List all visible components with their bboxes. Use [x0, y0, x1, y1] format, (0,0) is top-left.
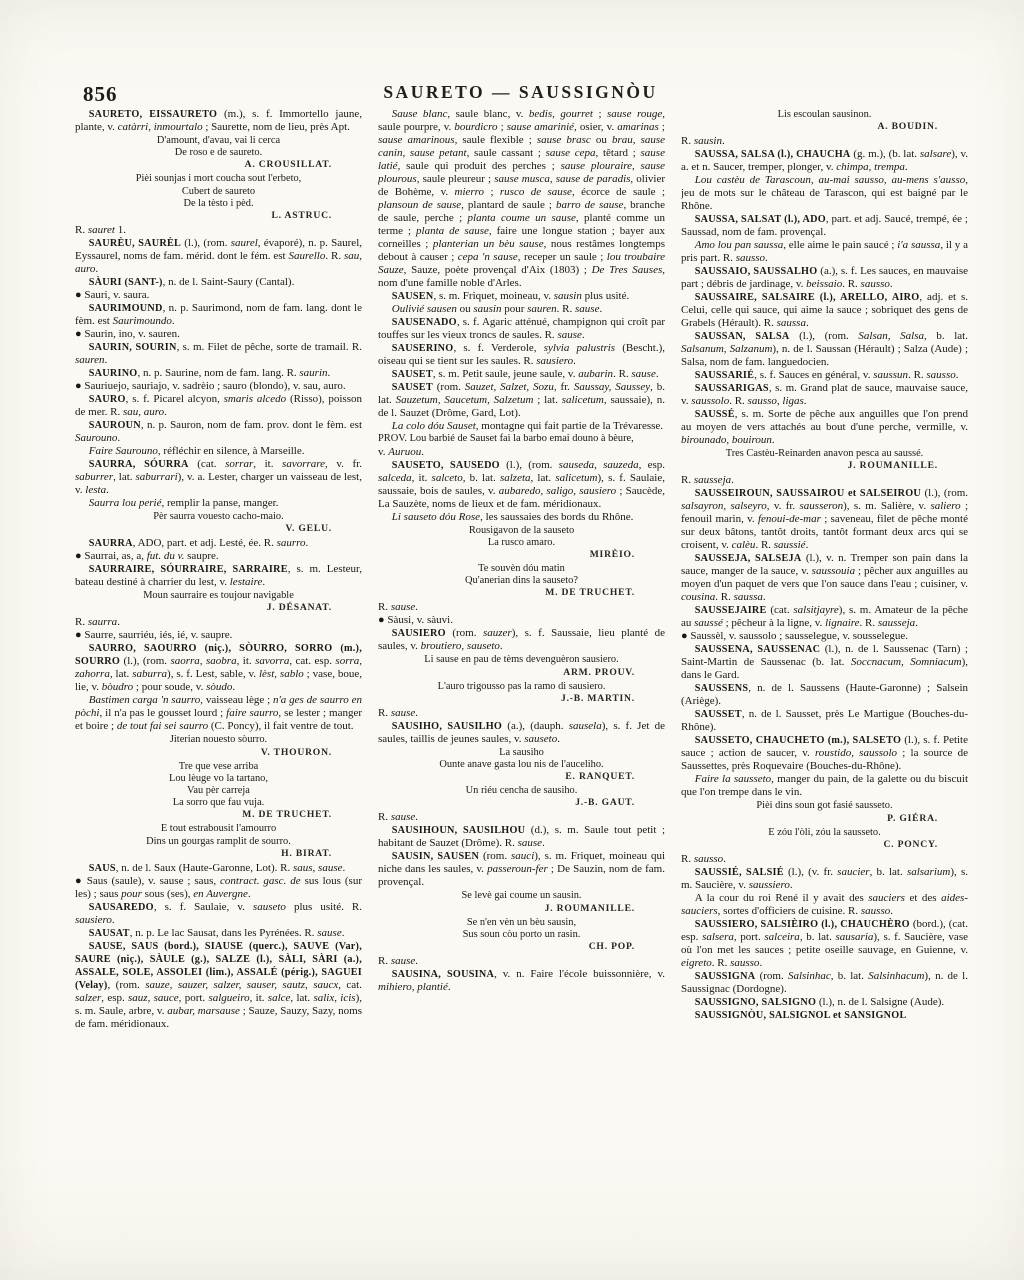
paragraph-text: R. sause. — [378, 707, 418, 719]
paragraph-text: Faire Saurouno, réfléchir en silence, à … — [89, 445, 305, 457]
verse-line: Pièi dins soun got fasié sausseto. — [681, 800, 968, 812]
entry-paragraph: SAUSSAIRE, SALSAIRE (l.), ARELLO, AIRO, … — [681, 291, 968, 330]
headword: SAUSSIGNA — [695, 971, 756, 982]
citation-author: J. ROUMANILLE. — [681, 460, 968, 472]
paragraph: La colo dóu Sauset, montagne qui fait pa… — [378, 420, 665, 433]
verse-line: Vau pèr carreja — [75, 785, 362, 797]
verse-quotation: E zóu l'òli, zóu la sausseto. — [681, 827, 968, 839]
entry-paragraph: SAUSIHO, SAUSILHO (a.), (dauph. sausela)… — [378, 720, 665, 746]
verse-quotation: Un riéu cencha de sausiho. — [378, 785, 665, 797]
paragraph-text: R. sause. — [378, 601, 418, 613]
entry-paragraph: SAUSSENA, SAUSSENAC (l.), n. de l. Sauss… — [681, 643, 968, 682]
citation-author: A. CROUSILLAT. — [75, 159, 362, 171]
citation-author: P. GIÉRA. — [681, 813, 968, 825]
paragraph-text: , (rom. sauze, sauzer, salzer, sauser, s… — [75, 979, 362, 1030]
paragraph-text: Amo lou pan saussa, elle aime le pain sa… — [681, 239, 968, 264]
paragraph: A la cour du roi René il y avait des sau… — [681, 892, 968, 918]
paragraph-text: ● Saurrai, as, a, fut. du v. saupre. — [75, 550, 219, 562]
headword: SAUSSENA, SAUSSENAC — [695, 644, 820, 655]
verse-line: Jiterian nouesto sòurro. — [75, 734, 362, 746]
verse-line: E zóu l'òli, zóu la sausseto. — [681, 827, 968, 839]
entry-paragraph: SAUSAREDO, s. f. Saulaie, v. sauseto plu… — [75, 901, 362, 927]
paragraph: R. sause. — [378, 707, 665, 720]
headword: SAUSSENS — [695, 683, 749, 694]
headword: SAUSSAN, SALSA — [695, 331, 790, 342]
paragraph-text: Li sauseto dóu Rose, les saussaies des b… — [392, 511, 634, 523]
citation-author: V. GELU. — [75, 523, 362, 535]
citation-author: ARM. PROUV. — [378, 667, 665, 679]
verse-line: E tout estrabousit l'amourro — [75, 823, 362, 835]
entry-paragraph: SAURRO, SAOURRO (niç.), SÒURRO, SORRO (m… — [75, 642, 362, 694]
paragraph-text: R. sause. — [378, 955, 418, 967]
citation-author: A. BOUDIN. — [681, 121, 968, 133]
verse-quotation: Te souvèn dóu matinQu'anerian dins la sa… — [378, 563, 665, 587]
entry-paragraph: SAUSSA, SALSA (l.), CHAUCHA (g. m.), (b.… — [681, 148, 968, 174]
verse-line: Qu'anerian dins la sauseto? — [378, 575, 665, 587]
entry-paragraph: SAURINO, n. p. Saurine, nom de fam. lang… — [75, 367, 362, 380]
citation-author: J.-B. GAUT. — [378, 797, 665, 809]
verse-line: De la tèsto i pèd. — [75, 198, 362, 210]
headword: SAUSEN — [392, 291, 434, 302]
headword: SAURRA, SÓURRA — [89, 459, 189, 470]
citation-author: C. PONCY. — [681, 839, 968, 851]
verse-line: La sorro que fau vuja. — [75, 797, 362, 809]
paragraph: R. sauret 1. — [75, 224, 362, 237]
verse-line: Se levè gai coume un sausin. — [378, 890, 665, 902]
entry-paragraph: SAUSAT, n. p. Le lac Sausat, dans les Py… — [75, 927, 362, 940]
paragraph: R. sausseja. — [681, 474, 968, 487]
paragraph-text: PROV. Lou barbié de Sauset fai la barbo … — [378, 433, 634, 444]
entry-paragraph: SAUSIERO (rom. sauzer), s. f. Saussaie, … — [378, 627, 665, 653]
paragraph: v. Auruou. — [378, 446, 665, 459]
entry-paragraph: SAUSSARIGAS, s. m. Grand plat de sauce, … — [681, 382, 968, 408]
entry-paragraph: SAUSSAIO, SAUSSALHO (a.), s. f. Les sauc… — [681, 265, 968, 291]
entry-paragraph: SAUSSETO, CHAUCHETO (m.), SALSETO (l.), … — [681, 734, 968, 773]
headword: SAUSSIGNÒU, SALSIGNOL et SANSIGNOL — [695, 1010, 907, 1021]
paragraph-text: , n. de l. Saux (Haute-Garonne, Lot). R.… — [116, 862, 345, 874]
verse-line: Pèr saurra vouesto cacho-maio. — [75, 511, 362, 523]
entry-paragraph: SAUSET, s. m. Petit saule, jeune saule, … — [378, 368, 665, 381]
entry-paragraph: SAUSINA, SOUSINA, v. n. Faire l'école bu… — [378, 968, 665, 994]
verse-line: Te souvèn dóu matin — [378, 563, 665, 575]
headword: SAURIMOUND — [89, 303, 163, 314]
verse-line: D'amount, d'avau, vai li cerca — [75, 135, 362, 147]
headword: SÀURI (SANT-) — [89, 277, 163, 288]
headword: SAUSSARIÉ — [695, 370, 754, 381]
headword: SAUSSA, SALSA (l.), CHAUCHA — [695, 149, 851, 160]
paragraph-text: Lou castèu de Tarascoun, au-mai sausso, … — [681, 174, 968, 212]
verse-line: Lou lèuge vo la tartano, — [75, 773, 362, 785]
verse-line: Tres Castèu-Reinarden anavon pesca au sa… — [681, 448, 968, 460]
headword: SAUSSIERO, SALSIÈIRO (l.), CHAUCHÈRO — [695, 919, 910, 930]
column-3: Lis escoulan sausinon.A. BOUDIN.R. sausi… — [681, 108, 968, 1266]
entry-paragraph: SAUSIHOUN, SAUSILHOU (d.), s. m. Saule t… — [378, 824, 665, 850]
entry-paragraph: SAURO, s. f. Picarel alcyon, smaris alce… — [75, 393, 362, 419]
entry-paragraph: SAUSSIGNÒU, SALSIGNOL et SANSIGNOL — [681, 1009, 968, 1022]
entry-paragraph: SAUSSEJA, SALSEJA (l.), v. n. Tremper so… — [681, 552, 968, 604]
headword: SAURRAIRE, SÓURRAIRE, SARRAIRE — [89, 564, 288, 575]
paragraph-text: ● Saurre, saurriéu, iés, ié, v. saupre. — [75, 629, 232, 641]
paragraph: Saurra lou perié, remplir la panse, mang… — [75, 497, 362, 510]
verse-line: Ounte anave gasta lou nis de l'auceliho. — [378, 759, 665, 771]
citation-author: J.-B. MARTIN. — [378, 693, 665, 705]
paragraph-text: Faire la sausseto, manger du pain, de la… — [681, 773, 968, 798]
paragraph: Oulivié sausen ou sausin pour sauren. R.… — [378, 303, 665, 316]
entry-paragraph: SAUSSAN, SALSA (l.), (rom. Salsan, Salsa… — [681, 330, 968, 369]
verse-quotation: Rousigavon de la sausetoLa rusco amaro. — [378, 525, 665, 549]
headword: SAUSIN, SAUSEN — [392, 851, 479, 862]
verse-quotation: La sausihoOunte anave gasta lou nis de l… — [378, 747, 665, 771]
paragraph-text: ● Sauriuejo, sauriajo, v. sadrèio ; saur… — [75, 380, 346, 392]
verse-quotation: E tout estrabousit l'amourroDins un gour… — [75, 823, 362, 847]
paragraph-text: ● Sàusi, v. sàuvi. — [378, 614, 453, 626]
verse-quotation: Moun saurraire es toujour navigable — [75, 590, 362, 602]
headword: SAUSET — [392, 382, 433, 393]
entry-paragraph: SAURIN, SOURIN, s. m. Filet de pêche, so… — [75, 341, 362, 367]
paragraph-text: R. sausseja. — [681, 474, 734, 486]
entry-paragraph: SAUSET (rom. Sauzet, Salzet, Sozu, fr. S… — [378, 381, 665, 420]
column-1: SAURETO, EISSAURETO (m.), s. f. Immortel… — [75, 108, 362, 1266]
verse-line: Li sause en pau de tèms devenguèron saus… — [378, 654, 665, 666]
headword: SAUSSÉ — [695, 409, 735, 420]
paragraph: ● Saus (saule), v. sause ; saus, contrac… — [75, 875, 362, 901]
citation-author: MIRÈIO. — [378, 549, 665, 561]
verse-quotation: L'auro trigousso pas la ramo di sausiero… — [378, 681, 665, 693]
entry-paragraph: SAUROUN, n. p. Sauron, nom de fam. prov.… — [75, 419, 362, 445]
paragraph-text: R. saurra. — [75, 616, 120, 628]
paragraph-text: , n. de l. Saint-Saury (Cantal). — [163, 276, 295, 288]
headword: SAUSERINO — [392, 343, 454, 354]
verse-line: L'auro trigousso pas la ramo di sausiero… — [378, 681, 665, 693]
verse-line: Lis escoulan sausinon. — [681, 109, 968, 121]
headword: SAURETO, EISSAURETO — [89, 109, 217, 120]
paragraph: R. sause. — [378, 955, 665, 968]
headword: SAUSENADO — [392, 317, 457, 328]
headword: SAUSAT — [89, 928, 130, 939]
citation-author: M. DE TRUCHET. — [378, 587, 665, 599]
verse-quotation: Pièi dins soun got fasié sausseto. — [681, 800, 968, 812]
entry-paragraph: SAUSSÉ, s. m. Sorte de pêche aux anguill… — [681, 408, 968, 447]
entry-paragraph: SAURIMOUND, n. p. Saurimond, nom de fam.… — [75, 302, 362, 328]
headword: SAUSSAIO, SAUSSALHO — [695, 266, 818, 277]
paragraph: Sause blanc, saule blanc, v. bedis, gour… — [378, 108, 665, 290]
verse-line: Tre que vese arriba — [75, 761, 362, 773]
headword: SAUSSEJA, SALSEJA — [695, 553, 802, 564]
paragraph-text: Sause blanc, saule blanc, v. bedis, gour… — [378, 108, 665, 289]
entry-paragraph: SAUSSEIROUN, SAUSSAIROU et SALSEIROU (l.… — [681, 487, 968, 552]
paragraph: Faire la sausseto, manger du pain, de la… — [681, 773, 968, 799]
paragraph: R. saurra. — [75, 616, 362, 629]
citation-author: J. DÉSANAT. — [75, 602, 362, 614]
paragraph: Lou castèu de Tarascoun, au-mai sausso, … — [681, 174, 968, 213]
entry-paragraph: SAUSEN, s. m. Friquet, moineau, v. sausi… — [378, 290, 665, 303]
headword: SAUSSA, SALSAT (l.), ADO — [695, 214, 826, 225]
verse-quotation: Jiterian nouesto sòurro. — [75, 734, 362, 746]
headword: SAURO — [89, 394, 126, 405]
verse-quotation: Pièi sounjas i mort coucha sout l'erbeto… — [75, 173, 362, 210]
verse-line: Rousigavon de la sauseto — [378, 525, 665, 537]
entry-paragraph: SAUSERINO, s. f. Verderole, sylvia palus… — [378, 342, 665, 368]
paragraph: Bastimen carga 'n saurro, vaisseau lège … — [75, 694, 362, 733]
headword: SAUSSIÉ, SALSIÉ — [695, 867, 784, 878]
paragraph: ● Saurre, saurriéu, iés, ié, v. saupre. — [75, 629, 362, 642]
verse-line: Un riéu cencha de sausiho. — [378, 785, 665, 797]
paragraph: Amo lou pan saussa, elle aime le pain sa… — [681, 239, 968, 265]
entry-paragraph: SAUSSET, n. de l. Sausset, près Le Marti… — [681, 708, 968, 734]
verse-line: Cubert de saureto — [75, 186, 362, 198]
paragraph-text: , n. p. Le lac Sausat, dans les Pyrénées… — [130, 927, 345, 939]
paragraph: R. sause. — [378, 811, 665, 824]
verse-line: Se n'en vèn un bèu sausin, — [378, 917, 665, 929]
verse-quotation: Pèr saurra vouesto cacho-maio. — [75, 511, 362, 523]
paragraph: R. sausin. — [681, 135, 968, 148]
verse-line: Moun saurraire es toujour navigable — [75, 590, 362, 602]
headword: SAUSSAIRE, SALSAIRE (l.), ARELLO, AIRO — [695, 292, 920, 303]
paragraph-text: La colo dóu Sauset, montagne qui fait pa… — [392, 420, 663, 432]
headword: SAUSIERO — [392, 628, 446, 639]
paragraph-text: (l.), n. de l. Salsigne (Aude). — [816, 996, 944, 1008]
paragraph-text: R. sause. — [378, 811, 418, 823]
entry-paragraph: SAUSETO, SAUSEDO (l.), (rom. sauseda, sa… — [378, 459, 665, 511]
entry-paragraph: SAUSIN, SAUSEN (rom. sauci), s. m. Friqu… — [378, 850, 665, 889]
entry-paragraph: SAURRA, ADO, part. et adj. Lesté, ée. R.… — [75, 537, 362, 550]
paragraph: R. sausso. — [681, 853, 968, 866]
citation-author: L. ASTRUC. — [75, 210, 362, 222]
entry-paragraph: SAUSSIÉ, SALSIÉ (l.), (v. fr. saucier, b… — [681, 866, 968, 892]
headword: SAUSIHO, SAUSILHO — [392, 721, 502, 732]
paragraph-text: R. sausso. — [681, 853, 726, 865]
headword: SAUSSET — [695, 709, 742, 720]
paragraph-text: Bastimen carga 'n saurro, vaisseau lège … — [75, 694, 362, 732]
paragraph: ● Sàusi, v. sàuvi. — [378, 614, 665, 627]
headword: SAUS — [89, 863, 116, 874]
verse-quotation: Se levè gai coume un sausin. — [378, 890, 665, 902]
paragraph-text: ● Saussèl, v. saussolo ; sausselegue, v.… — [681, 630, 908, 642]
entry-paragraph: SAURÈU, SAURÈL (l.), (rom. saurel, évapo… — [75, 237, 362, 276]
page-number: 856 — [83, 82, 118, 107]
paragraph-text: R. sauret 1. — [75, 224, 126, 236]
paragraph-text: ● Saus (saule), v. sause ; saus, contrac… — [75, 875, 362, 900]
paragraph-text: A la cour du roi René il y avait des sau… — [681, 892, 968, 917]
paragraph-text: Oulivié sausen ou sausin pour sauren. R.… — [392, 303, 602, 315]
paragraph: ● Sauri, v. saura. — [75, 289, 362, 302]
paragraph-text: , s. m. Friquet, moineau, v. sausin plus… — [433, 290, 629, 302]
text-columns: SAURETO, EISSAURETO (m.), s. f. Immortel… — [75, 108, 968, 1266]
paragraph: Faire Saurouno, réfléchir en silence, à … — [75, 445, 362, 458]
verse-line: De roso e de saureto. — [75, 147, 362, 159]
paragraph-text: , ADO, part. et adj. Lesté, ée. R. saurr… — [133, 537, 309, 549]
verse-quotation: D'amount, d'avau, vai li cercaDe roso e … — [75, 135, 362, 159]
verse-quotation: Tres Castèu-Reinarden anavon pesca au sa… — [681, 448, 968, 460]
paragraph-text: ● Saurin, ino, v. sauren. — [75, 328, 180, 340]
headword: SAUSSEIROUN, SAUSSAIROU et SALSEIROU — [695, 488, 921, 499]
headword: SAUROUN — [89, 420, 141, 431]
verse-quotation: Li sause en pau de tèms devenguèron saus… — [378, 654, 665, 666]
headword: SAUSSETO, CHAUCHETO (m.), SALSETO — [695, 735, 901, 746]
headword: SAUSAREDO — [89, 902, 154, 913]
headword: SAUSSARIGAS — [695, 383, 769, 394]
entry-paragraph: SAUSSA, SALSAT (l.), ADO, part. et adj. … — [681, 213, 968, 239]
page-header: 856 SAURETO — SAUSSIGNÒU — [75, 82, 966, 106]
headword: SAUSETO, SAUSEDO — [392, 460, 500, 471]
paragraph: ● Saurin, ino, v. sauren. — [75, 328, 362, 341]
entry-paragraph: SAUS, n. de l. Saux (Haute-Garonne, Lot)… — [75, 862, 362, 875]
headword: SAUSIHOUN, SAUSILHOU — [392, 825, 526, 836]
entry-paragraph: SAUSSIGNA (rom. Salsinhac, b. lat. Salsi… — [681, 970, 968, 996]
verse-quotation: Tre que vese arribaLou lèuge vo la tarta… — [75, 761, 362, 810]
headword: SAUSSIGNO, SALSIGNO — [695, 997, 816, 1008]
entry-paragraph: SAUSSIGNO, SALSIGNO (l.), n. de l. Salsi… — [681, 996, 968, 1009]
paragraph: ● Saussèl, v. saussolo ; sausselegue, v.… — [681, 630, 968, 643]
entry-paragraph: SAUSSEJAIRE (cat. salsitjayre), s. m. Am… — [681, 604, 968, 630]
entry-paragraph: SAUSENADO, s. f. Agaric atténué, champig… — [378, 316, 665, 342]
paragraph-text: Saurra lou perié, remplir la panse, mang… — [89, 497, 279, 509]
headword: SAUSSEJAIRE — [695, 605, 767, 616]
headword: SAUSET — [392, 369, 433, 380]
citation-author: J. ROUMANILLE. — [378, 903, 665, 915]
paragraph: Li sauseto dóu Rose, les saussaies des b… — [378, 511, 665, 524]
headword: SAURRA — [89, 538, 133, 549]
entry-paragraph: SAUSSENS, n. de l. Saussens (Haute-Garon… — [681, 682, 968, 708]
paragraph-text: , s. m. Petit saule, jeune saule, v. aub… — [433, 368, 659, 380]
dictionary-page: 856 SAURETO — SAUSSIGNÒU SAURETO, EISSAU… — [0, 0, 1024, 1280]
paragraph-text: , s. f. Sauces en général, v. saussun. R… — [754, 369, 958, 381]
column-2: Sause blanc, saule blanc, v. bedis, gour… — [378, 108, 665, 1266]
headword: SAUSINA, SOUSINA — [392, 969, 494, 980]
paragraph: R. sause. — [378, 601, 665, 614]
entry-paragraph: SAUSSARIÉ, s. f. Sauces en général, v. s… — [681, 369, 968, 382]
verse-line: La sausiho — [378, 747, 665, 759]
entry-paragraph: SAURRA, SÓURRA (cat. sorrar, it. savorra… — [75, 458, 362, 497]
running-header: SAURETO — SAUSSIGNÒU — [75, 82, 966, 103]
entry-paragraph: SAURETO, EISSAURETO (m.), s. f. Immortel… — [75, 108, 362, 134]
verse-quotation: Se n'en vèn un bèu sausin,Sus soun còu p… — [378, 917, 665, 941]
verse-line: Pièi sounjas i mort coucha sout l'erbeto… — [75, 173, 362, 185]
citation-author: V. THOURON. — [75, 747, 362, 759]
verse-line: Dins un gourgas ramplit de sourro. — [75, 836, 362, 848]
headword: SAURIN, SOURIN — [89, 342, 177, 353]
verse-quotation: Lis escoulan sausinon. — [681, 109, 968, 121]
entry-paragraph: SAUSE, SAUS (bord.), SIAUSE (querc.), SA… — [75, 940, 362, 1031]
paragraph-text: v. Auruou. — [378, 446, 424, 458]
citation-author: CH. POP. — [378, 941, 665, 953]
entry-paragraph: SAUSSIERO, SALSIÈIRO (l.), CHAUCHÈRO (bo… — [681, 918, 968, 970]
paragraph-text: ● Sauri, v. saura. — [75, 289, 149, 301]
verse-line: La rusco amaro. — [378, 537, 665, 549]
verse-line: Sus soun còu porto un rasin. — [378, 929, 665, 941]
entry-paragraph: SÀURI (SANT-), n. de l. Saint-Saury (Can… — [75, 276, 362, 289]
citation-author: E. RANQUET. — [378, 771, 665, 783]
citation-author: M. DE TRUCHET. — [75, 809, 362, 821]
paragraph-text: , n. p. Saurine, nom de fam. lang. R. sa… — [137, 367, 330, 379]
paragraph: ● Saurrai, as, a, fut. du v. saupre. — [75, 550, 362, 563]
headword: SAURÈU, SAURÈL — [89, 238, 181, 249]
paragraph: ● Sauriuejo, sauriajo, v. sadrèio ; saur… — [75, 380, 362, 393]
paragraph-text: R. sausin. — [681, 135, 725, 147]
citation-author: H. BIRAT. — [75, 848, 362, 860]
paragraph: PROV. Lou barbié de Sauset fai la barbo … — [378, 433, 665, 446]
headword: SAURINO — [89, 368, 138, 379]
entry-paragraph: SAURRAIRE, SÓURRAIRE, SARRAIRE, s. m. Le… — [75, 563, 362, 589]
